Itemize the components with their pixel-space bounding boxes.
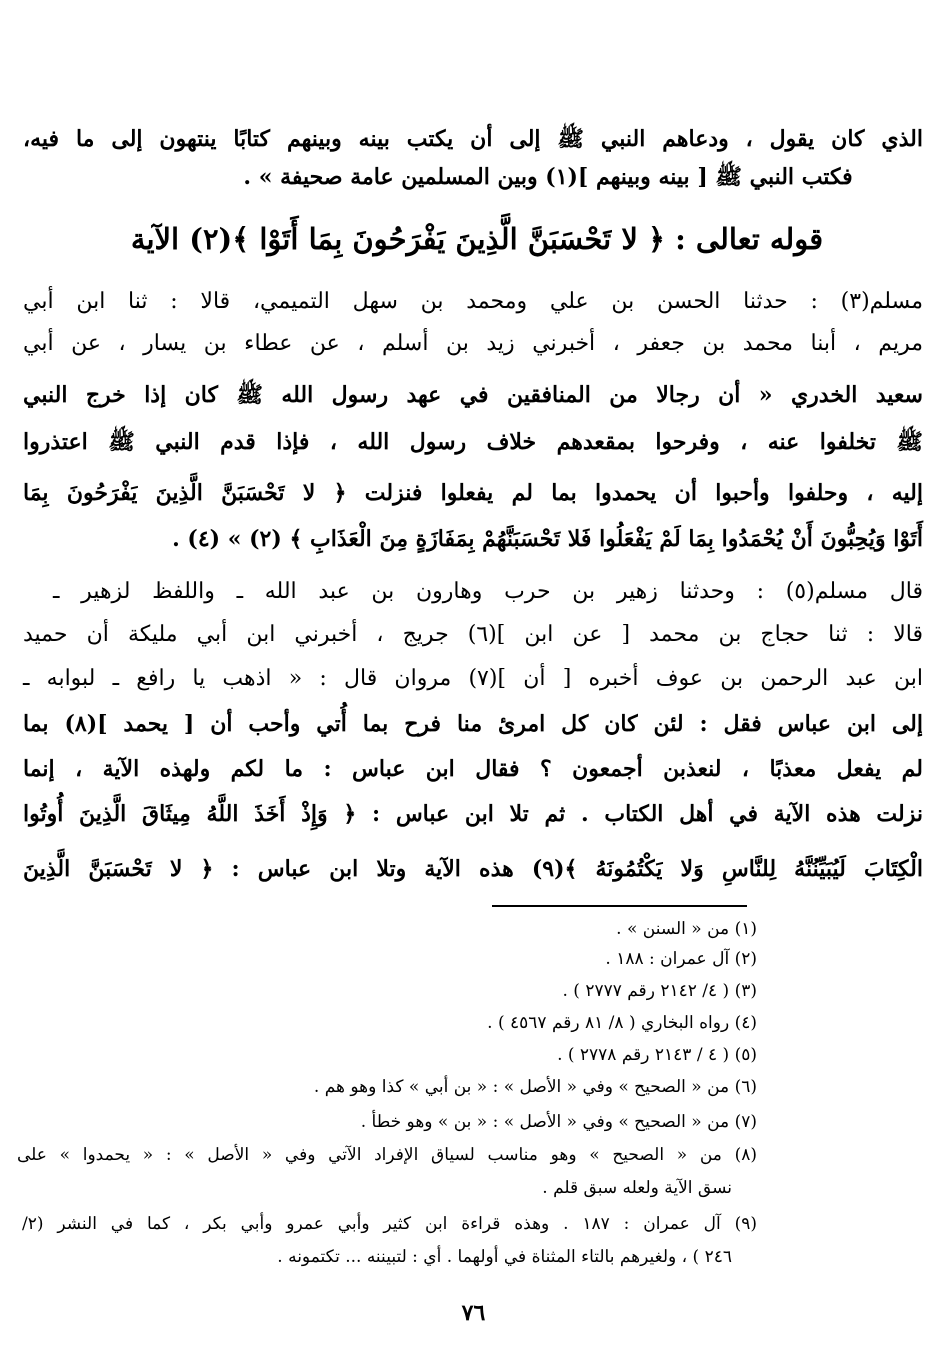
paragraph2-line-2: قالا : ثنا حجاج بن محمد [ عن ابن ](٦) جر… [23, 618, 923, 652]
footnote-5: (٥) ( ٤ / ٢١٤٣ رقم ٢٧٧٨ ) . [557, 1043, 757, 1067]
footnote-text: من « الصحيح » وفي « الأصل » : « بن » وهو… [361, 1112, 729, 1132]
footnote-number: (٦) [735, 1077, 757, 1097]
footnote-6: (٦) من « الصحيح » وفي « الأصل » : « بن أ… [314, 1075, 757, 1099]
intro-line-1: الذي كان يقول ، ودعاهم النبي ﷺ إلى أن يك… [23, 122, 923, 156]
footnote-number: (٤) [735, 1013, 757, 1033]
paragraph1-line-4: ﷺ تخلفوا عنه ، وفرحوا بمقعدهم خلاف رسول … [23, 425, 923, 459]
footnote-text: آل عمران : ١٨٨ . [605, 949, 729, 969]
paragraph2-line-1: قال مسلم(٥) : وحدثنا زهير بن حرب وهارون … [53, 575, 923, 609]
paragraph2-line-5: لم يفعل معذبًا ، لنعذبن أجمعون ؟ فقال اب… [23, 752, 923, 786]
footnote-1: (١) من « السنن » . [616, 917, 757, 941]
footnote-8-continuation: نسق الآية ولعله سبق قلم . [542, 1176, 732, 1200]
footnote-text: من « الصحيح » وهو مناسب لسياق الإفراد ال… [17, 1145, 722, 1165]
footnote-text: من « السنن » . [616, 919, 729, 939]
footnote-separator [492, 905, 747, 907]
footnote-text: ( ٤ / ٢١٤٣ رقم ٢٧٧٨ ) . [557, 1045, 729, 1065]
footnote-text: آل عمران : ١٨٧ . وهذه قراءة ابن كثير وأب… [22, 1214, 721, 1234]
footnote-9: (٩) آل عمران : ١٨٧ . وهذه قراءة ابن كثير… [22, 1212, 757, 1236]
footnote-number: (٩) [735, 1214, 757, 1234]
footnote-number: (١) [735, 919, 757, 939]
footnote-text: ( ٤/ ٢١٤٢ رقم ٢٧٧٧ ) . [562, 981, 729, 1001]
footnote-number: (٢) [735, 949, 757, 969]
footnote-8: (٨) من « الصحيح » وهو مناسب لسياق الإفرا… [17, 1143, 757, 1167]
paragraph1-line-1: مسلم(٣) : حدثنا الحسن بن علي ومحمد بن سه… [23, 285, 923, 319]
footnote-9-continuation: ٢٤٦ ) ، ولغيرهم بالتاء المثناة في أولهما… [277, 1245, 732, 1269]
footnote-7: (٧) من « الصحيح » وفي « الأصل » : « بن »… [361, 1110, 757, 1134]
section-heading: قوله تعالى : ﴿ لا تَحْسَبَنَّ الَّذِينَ … [97, 222, 857, 256]
paragraph1-line-6: أَتَوْا وَيُحِبُّونَ أَنْ يُحْمَدُوا بِم… [23, 522, 923, 556]
footnote-3: (٣) ( ٤/ ٢١٤٢ رقم ٢٧٧٧ ) . [562, 979, 757, 1003]
footnote-text: من « الصحيح » وفي « الأصل » : « بن أبي »… [314, 1077, 729, 1097]
book-page: الذي كان يقول ، ودعاهم النبي ﷺ إلى أن يك… [0, 0, 947, 1372]
paragraph2-line-6: نزلت هذه الآية في أهل الكتاب . ثم تلا اب… [23, 797, 923, 831]
footnote-number: (٨) [735, 1145, 757, 1165]
paragraph2-line-7: الْكِتَابَ لَيُبَيِّنُنَّهُ لِلنَّاسِ وَ… [23, 852, 923, 886]
paragraph2-line-4: إلى ابن عباس فقل : لئن كان كل امرئ منا ف… [23, 707, 923, 741]
footnote-number: (٧) [735, 1112, 757, 1132]
paragraph2-line-3: ابن عبد الرحمن بن عوف أخبره [ أن ](٧) مر… [23, 662, 923, 696]
footnote-2: (٢) آل عمران : ١٨٨ . [605, 947, 757, 971]
page-number: ٧٦ [0, 1300, 947, 1326]
paragraph1-line-3: سعيد الخدري « أن رجالا من المنافقين في ع… [23, 378, 923, 412]
footnote-number: (٥) [735, 1045, 757, 1065]
footnote-4: (٤) رواه البخاري ( ٨/ ٨١ رقم ٤٥٦٧ ) . [487, 1011, 757, 1035]
footnote-text: رواه البخاري ( ٨/ ٨١ رقم ٤٥٦٧ ) . [487, 1013, 729, 1033]
intro-line-2: فكتب النبي ﷺ [ بينه وبينهم ](١) وبين الم… [23, 160, 923, 194]
paragraph1-line-5: إليه ، وحلفوا وأحبوا أن يحمدوا بما لم يف… [23, 476, 923, 510]
footnote-number: (٣) [735, 981, 757, 1001]
paragraph1-line-2: مريم ، أبنا محمد بن جعفر ، أخبرني زيد بن… [23, 327, 923, 361]
